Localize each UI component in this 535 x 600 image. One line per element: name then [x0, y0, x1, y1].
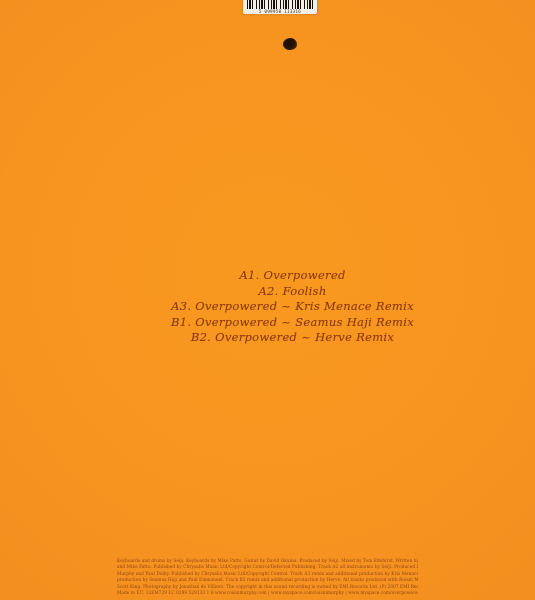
punch-hole [283, 38, 297, 50]
credits-line: and Mike Patto. Published by Chrysalis M… [117, 564, 418, 570]
credits-fine-print: Keyboards and drums by Seiji. Keyboards … [117, 558, 418, 596]
credits-line: production by Seamus Haji and Paul Emman… [117, 577, 418, 583]
barcode-bars-icon [247, 0, 313, 9]
barcode: 5 099950 113316 [243, 0, 317, 14]
track-line-b1: B1. Overpowered ~ Seamus Haji Remix [125, 315, 460, 331]
track-line-b2: B2. Overpowered ~ Herve Remix [125, 330, 460, 346]
track-line-a2: A2. Foolish [125, 284, 460, 300]
track-line-a1: A1. Overpowered [125, 268, 460, 284]
record-sleeve-back: 5 099950 113316 A1. Overpowered A2. Fool… [0, 0, 535, 600]
tracklist: A1. Overpowered A2. Foolish A3. Overpowe… [125, 268, 460, 346]
barcode-digits: 5 099950 113316 [259, 9, 301, 14]
track-line-a3: A3. Overpowered ~ Kris Menace Remix [125, 299, 460, 315]
credits-line: Made in EU. 12EM729 LC 0299 529133 1 6 w… [117, 590, 418, 596]
